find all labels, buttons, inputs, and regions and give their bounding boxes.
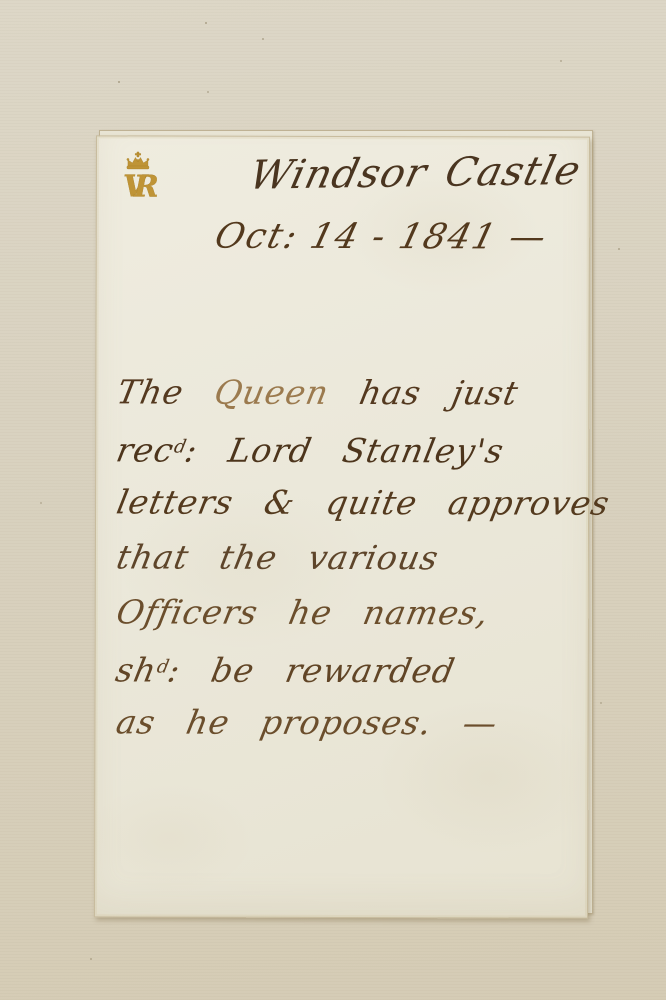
letter-body: The Queen has justrecd: Lord Stanley'sle… xyxy=(111,364,582,750)
vr-cipher: V R xyxy=(123,169,157,204)
letter-word-segment: Queen xyxy=(211,373,332,412)
royal-monogram: V R xyxy=(119,151,157,205)
letter-word-segment: as he proposes. — xyxy=(113,702,501,742)
letter-line: recd: Lord Stanley's xyxy=(112,419,593,475)
letter-heading: Windsor Castle Oct: 14 - 1841 — xyxy=(97,136,589,137)
crown-icon xyxy=(127,152,149,169)
photograph-of-letter: V R Windsor Castle Oct: 14 - 1841 — The … xyxy=(0,0,666,1000)
letter-word-segment: sh xyxy=(113,650,161,689)
letter-line: letters & quite approves xyxy=(112,474,593,530)
letter-line: shd: be rewarded xyxy=(112,639,593,695)
letter-word-segment: The xyxy=(114,372,219,411)
heading-place: Windsor Castle xyxy=(245,148,586,199)
letter-word-segment: : Lord Stanley's xyxy=(182,431,508,471)
heading-date: Oct: 14 - 1841 — xyxy=(211,217,552,258)
letter-word-segment: Officers he names, xyxy=(113,592,492,632)
letter-line: as he proposes. — xyxy=(111,694,592,750)
letter-sheet: V R Windsor Castle Oct: 14 - 1841 — The … xyxy=(94,135,590,918)
letter-word-segment: has just xyxy=(325,373,522,412)
letter-word-segment: that the various xyxy=(113,537,442,577)
letter-word-segment: rec xyxy=(113,430,177,469)
letter-word-segment: : be rewarded xyxy=(164,651,458,691)
letter-line: that the various xyxy=(112,529,593,585)
letter-line: The Queen has just xyxy=(112,364,593,420)
letter-line: Officers he names, xyxy=(112,584,593,640)
mat-specks xyxy=(0,0,2,2)
letter-word-segment: letters & quite approves xyxy=(114,482,614,522)
svg-text:R: R xyxy=(133,169,157,204)
